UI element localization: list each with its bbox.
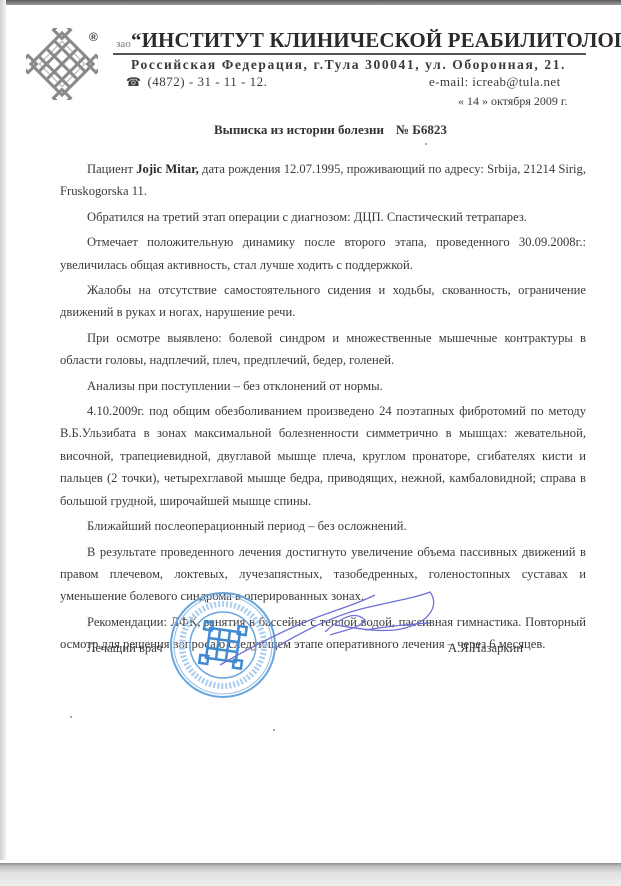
document-number: № Б6823 xyxy=(396,122,447,137)
scan-speck xyxy=(273,729,275,731)
org-address: Российская Федерация, г.Тула 300041, ул.… xyxy=(131,57,566,73)
header-divider xyxy=(113,53,586,55)
org-email: e-mail: icreab@tula.net xyxy=(429,74,561,90)
paragraph-complaints: Жалобы на отсутствие самостоятельного си… xyxy=(60,279,586,324)
paragraph-examination: При осмотре выявлено: болевой синдром и … xyxy=(60,327,586,372)
paragraph-patient: Пациент Jojic Mitar, дата рождения 12.07… xyxy=(60,158,586,203)
scan-edge-top xyxy=(0,0,621,5)
paragraph-postop: Ближайший послеоперационный период – без… xyxy=(60,515,586,537)
phone-number: (4872) - 31 - 11 - 12. xyxy=(147,74,267,89)
doctor-name: А.Я.Назаркин xyxy=(448,641,523,656)
document-title-text: Выписка из истории болезни xyxy=(214,122,384,137)
paragraph-analyses: Анализы при поступлении – без отклонений… xyxy=(60,375,586,397)
document-date: « 14 » октября 2009 г. xyxy=(458,94,567,109)
scan-edge-left xyxy=(0,0,6,860)
paragraph-procedure: 4.10.2009г. под общим обезболиванием про… xyxy=(60,400,586,512)
document-body: Пациент Jojic Mitar, дата рождения 12.07… xyxy=(60,158,586,659)
paragraph-dynamics: Отмечает положительную динамику после вт… xyxy=(60,231,586,276)
org-name: “ИНСТИТУТ КЛИНИЧЕСКОЙ РЕАБИЛИТОЛОГИИ” xyxy=(131,28,621,53)
scan-speck xyxy=(425,143,427,145)
registered-mark: ® xyxy=(89,30,98,44)
scan-speck xyxy=(70,716,72,718)
document-title: Выписка из истории болезни№ Б6823 xyxy=(214,122,447,138)
scan-edge-bottom xyxy=(0,863,621,886)
paragraph-diagnosis: Обратился на третий этап операции с диаг… xyxy=(60,206,586,228)
org-prefix: зао xyxy=(116,38,131,50)
doctor-signature xyxy=(215,590,445,670)
org-phone: ☎(4872) - 31 - 11 - 12. xyxy=(126,74,267,90)
patient-name: Jojic Mitar, xyxy=(136,162,199,176)
telephone-icon: ☎ xyxy=(126,75,141,89)
signature-label: Лечащий врач xyxy=(87,641,163,656)
endless-knot-logo-icon xyxy=(26,28,98,100)
